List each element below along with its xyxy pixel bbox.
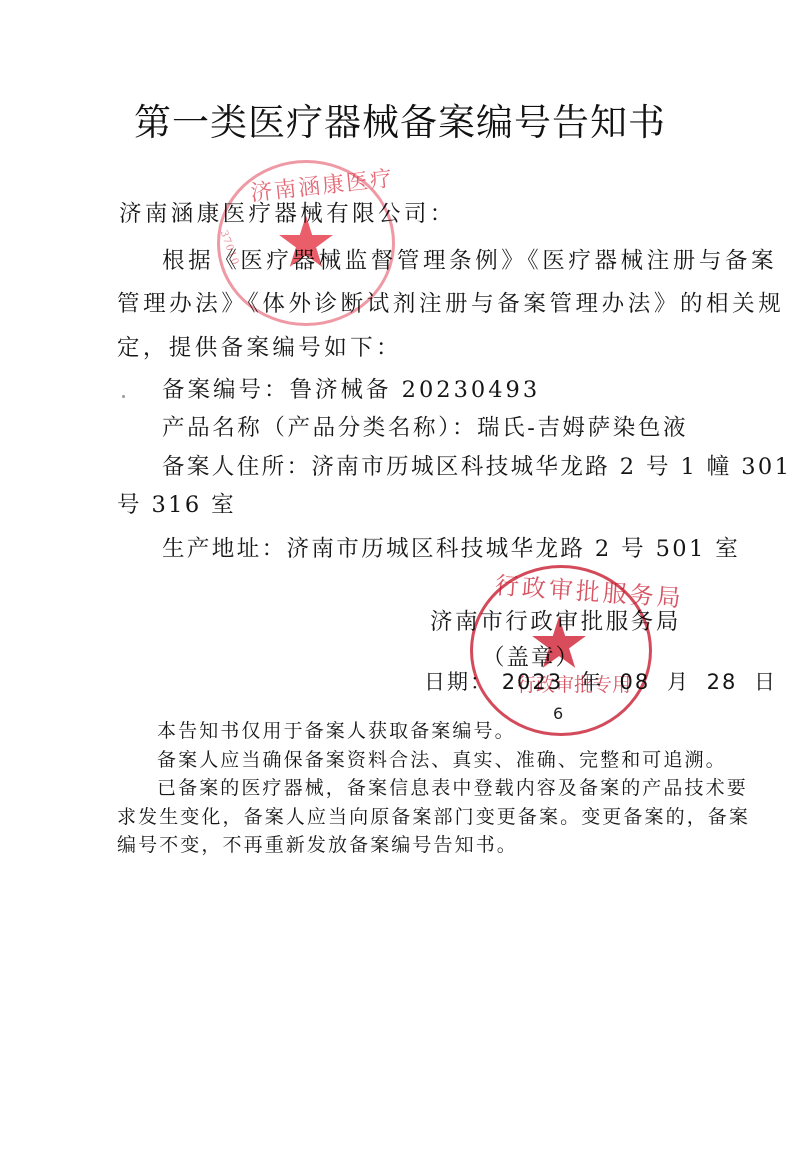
document-title: 第一类医疗器械备案编号告知书 [0, 92, 800, 146]
issue-date: 日期： 2023 年 08 月 28 日 [424, 666, 777, 696]
note-4: 求发生变化，备案人应当向原备案部门变更备案。变更备案的，备案 [117, 802, 750, 829]
product-name: 产品名称（产品分类名称）：瑞氏-吉姆萨染色液 [162, 410, 688, 442]
intro-line-1: 根据《医疗器械监督管理条例》《医疗器械注册与备案 [162, 243, 777, 275]
registrant-address-line-2: 号 316 室 [117, 487, 236, 519]
note-1: 本告知书仅用于备案人获取备案编号。 [157, 716, 516, 743]
record-number: 备案编号：鲁济械备 20230493 [162, 372, 540, 404]
note-2: 备案人应当确保备案资料合法、真实、准确、完整和可追溯。 [157, 745, 727, 772]
date-day-unit: 日 [754, 666, 777, 696]
date-month: 08 [620, 670, 651, 694]
scan-speck [122, 395, 125, 398]
date-day: 28 [707, 670, 738, 694]
note-5: 编号不变，不再重新发放备案编号告知书。 [117, 830, 518, 857]
document-page: 第一类医疗器械备案编号告知书 济南涵康医疗器械有限公司： 根据《医疗器械监督管理… [0, 0, 800, 1152]
addressee: 济南涵康医疗器械有限公司： [119, 196, 456, 228]
date-year-unit: 年 [580, 666, 603, 696]
date-year: 2023 [502, 670, 563, 694]
issuer-name: 济南市行政审批服务局 [430, 604, 681, 636]
intro-line-2: 管理办法》《体外诊断试剂注册与备案管理办法》的相关规 [117, 286, 784, 318]
government-seal-number: 6 [553, 704, 563, 723]
note-3: 已备案的医疗器械，备案信息表中登载内容及备案的产品技术要 [157, 773, 748, 800]
intro-line-3: 定，提供备案编号如下： [117, 330, 402, 362]
date-label: 日期： [424, 666, 493, 696]
production-address: 生产地址：济南市历城区科技城华龙路 2 号 501 室 [162, 531, 740, 563]
registrant-address-line-1: 备案人住所：济南市历城区科技城华龙路 2 号 1 幢 301 [162, 449, 791, 481]
date-month-unit: 月 [667, 666, 690, 696]
